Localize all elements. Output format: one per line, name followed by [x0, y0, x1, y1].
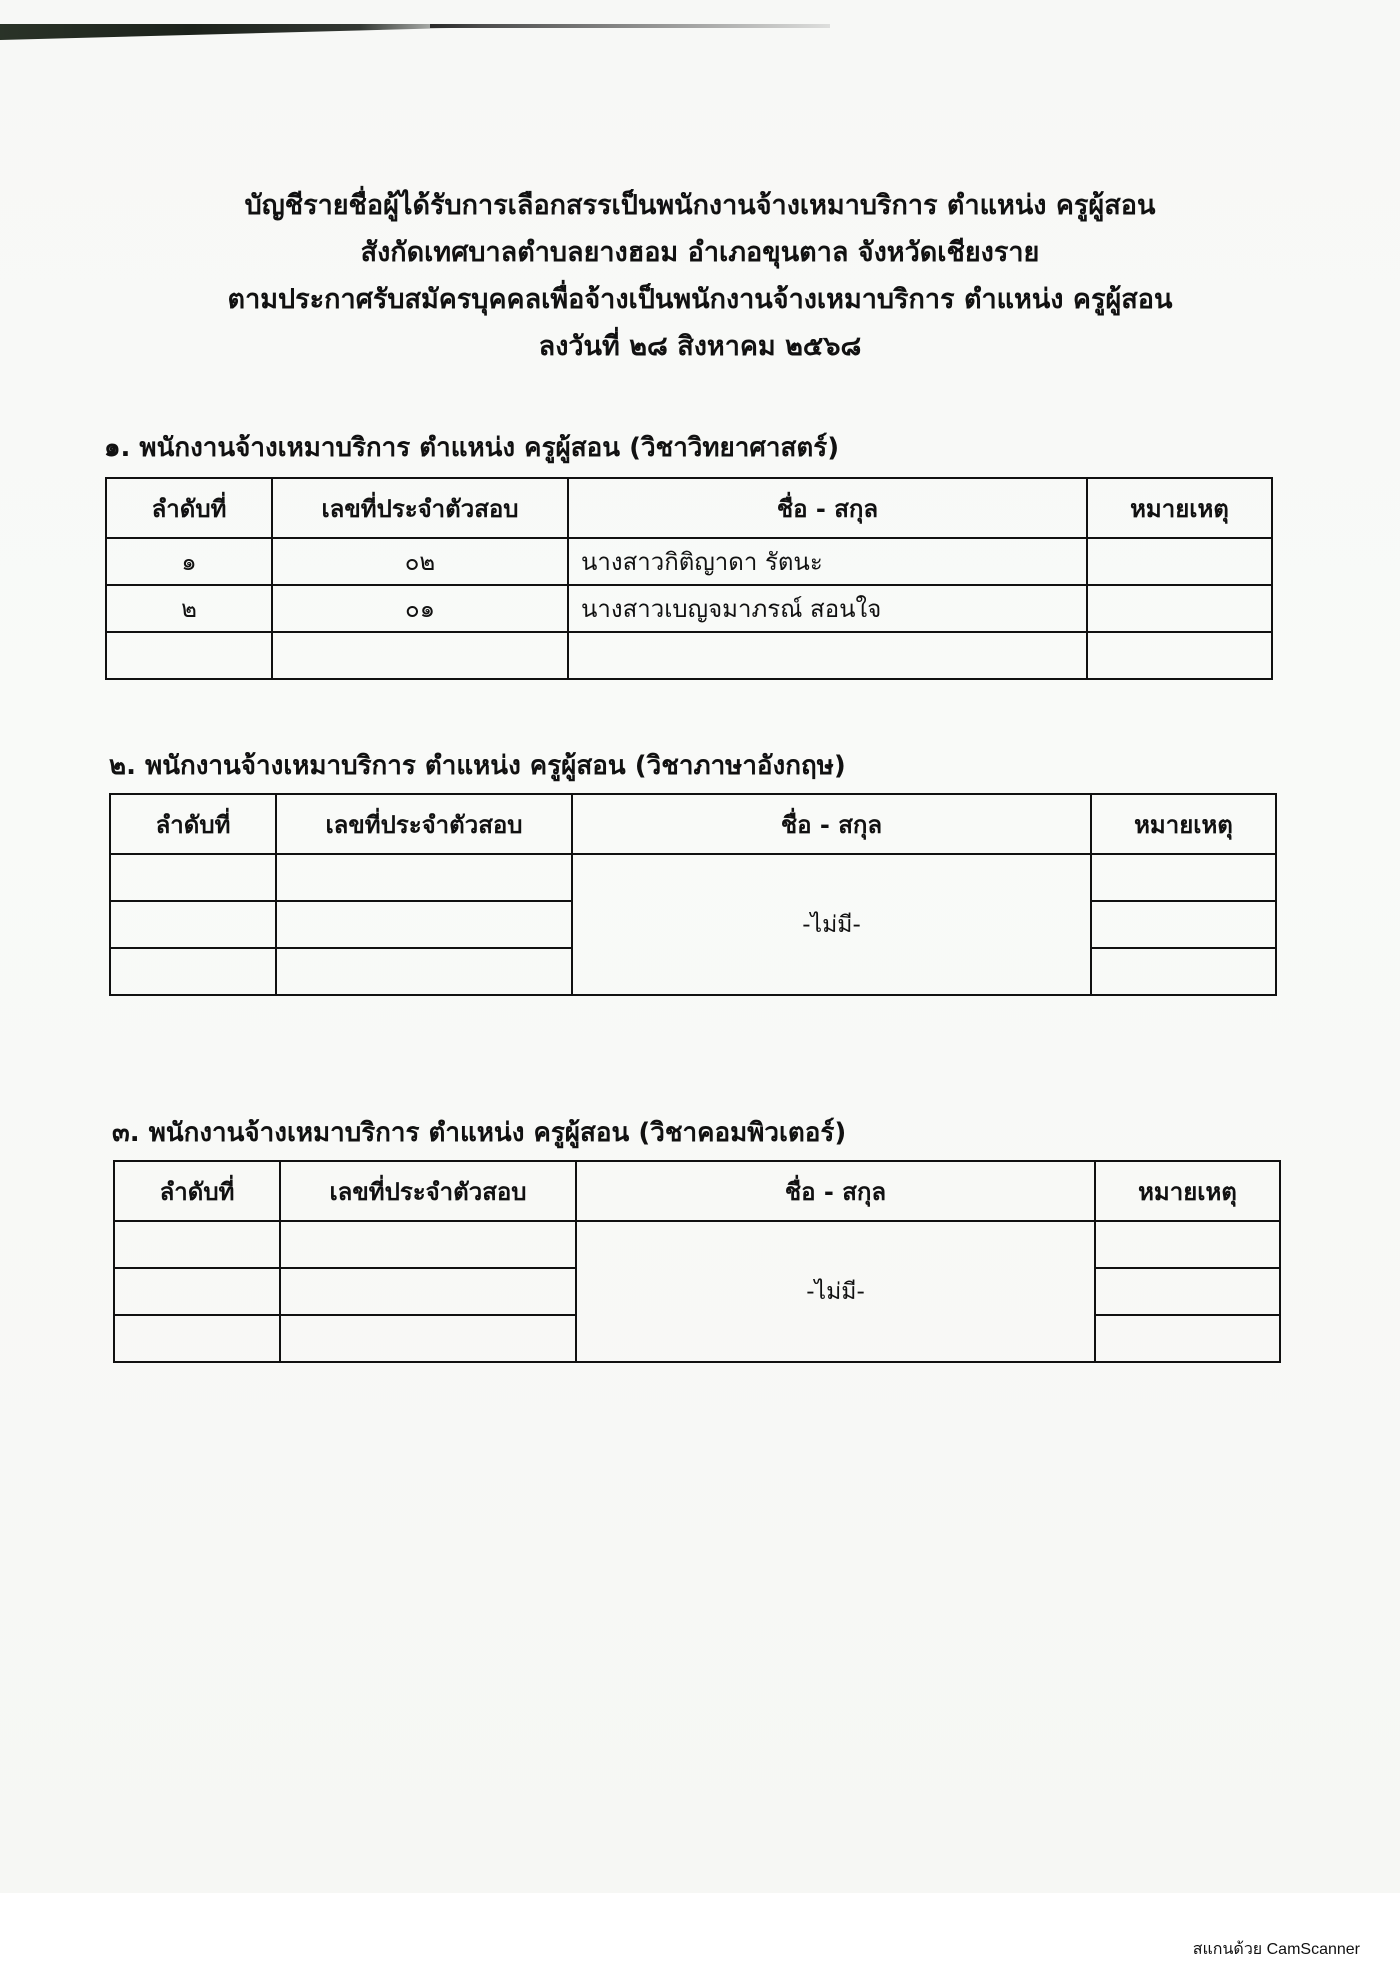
cell-note — [1095, 1268, 1280, 1315]
header-exam-id: เลขที่ประจำตัวสอบ — [272, 478, 568, 538]
results-table-science: ลำดับที่ เลขที่ประจำตัวสอบ ชื่อ - สกุล ห… — [105, 477, 1273, 680]
cell-note — [1087, 632, 1272, 679]
cell-note — [1091, 948, 1276, 995]
header-seq: ลำดับที่ — [114, 1161, 280, 1221]
title-line-2: สังกัดเทศบาลตำบลยางฮอม อำเภอขุนตาล จังหว… — [0, 229, 1400, 276]
cell-seq: ๒ — [106, 585, 272, 632]
table-header-row: ลำดับที่ เลขที่ประจำตัวสอบ ชื่อ - สกุล ห… — [114, 1161, 1280, 1221]
header-note: หมายเหตุ — [1095, 1161, 1280, 1221]
cell-exam-id — [280, 1268, 576, 1315]
section-heading-computer: ๓. พนักงานจ้างเหมาบริการ ตำแหน่ง ครูผู้ส… — [112, 1112, 846, 1153]
table-header-row: ลำดับที่ เลขที่ประจำตัวสอบ ชื่อ - สกุล ห… — [110, 794, 1276, 854]
cell-exam-id — [280, 1221, 576, 1268]
cell-exam-id: ๐๑ — [272, 585, 568, 632]
cell-exam-id — [276, 901, 572, 948]
cell-seq — [110, 854, 276, 901]
document-title: บัญชีรายชื่อผู้ได้รับการเลือกสรรเป็นพนัก… — [0, 182, 1400, 370]
section-heading-english: ๒. พนักงานจ้างเหมาบริการ ตำแหน่ง ครูผู้ส… — [109, 745, 846, 786]
camscanner-watermark: สแกนด้วย CamScanner — [1193, 1937, 1360, 1962]
cell-none-notice: -ไม่มี- — [576, 1221, 1095, 1362]
header-seq: ลำดับที่ — [106, 478, 272, 538]
cell-exam-id — [276, 948, 572, 995]
scan-edge-shadow-tail — [430, 24, 830, 28]
results-table-computer: ลำดับที่ เลขที่ประจำตัวสอบ ชื่อ - สกุล ห… — [113, 1160, 1281, 1363]
cell-note — [1095, 1221, 1280, 1268]
cell-seq — [110, 948, 276, 995]
header-exam-id: เลขที่ประจำตัวสอบ — [276, 794, 572, 854]
cell-seq — [114, 1315, 280, 1362]
table-row: ๑ ๐๒ นางสาวกิติญาดา รัตนะ — [106, 538, 1272, 585]
header-name: ชื่อ - สกุล — [572, 794, 1091, 854]
header-seq: ลำดับที่ — [110, 794, 276, 854]
header-note: หมายเหตุ — [1091, 794, 1276, 854]
cell-seq — [106, 632, 272, 679]
results-table-english: ลำดับที่ เลขที่ประจำตัวสอบ ชื่อ - สกุล ห… — [109, 793, 1277, 996]
title-line-3: ตามประกาศรับสมัครบุคคลเพื่อจ้างเป็นพนักง… — [0, 276, 1400, 323]
title-line-4-date: ลงวันที่ ๒๘ สิงหาคม ๒๕๖๘ — [0, 323, 1400, 370]
table-row: -ไม่มี- — [110, 854, 1276, 901]
cell-name — [568, 632, 1087, 679]
table-row — [106, 632, 1272, 679]
cell-note — [1091, 901, 1276, 948]
cell-none-notice: -ไม่มี- — [572, 854, 1091, 995]
scan-edge-shadow — [0, 24, 480, 40]
table-header-row: ลำดับที่ เลขที่ประจำตัวสอบ ชื่อ - สกุล ห… — [106, 478, 1272, 538]
header-note: หมายเหตุ — [1087, 478, 1272, 538]
cell-note — [1087, 585, 1272, 632]
cell-seq: ๑ — [106, 538, 272, 585]
cell-note — [1091, 854, 1276, 901]
header-name: ชื่อ - สกุล — [576, 1161, 1095, 1221]
cell-seq — [114, 1268, 280, 1315]
cell-exam-id: ๐๒ — [272, 538, 568, 585]
header-name: ชื่อ - สกุล — [568, 478, 1087, 538]
cell-seq — [110, 901, 276, 948]
cell-exam-id — [276, 854, 572, 901]
cell-exam-id — [272, 632, 568, 679]
header-exam-id: เลขที่ประจำตัวสอบ — [280, 1161, 576, 1221]
cell-name: นางสาวเบญจมาภรณ์ สอนใจ — [568, 585, 1087, 632]
cell-note — [1095, 1315, 1280, 1362]
cell-name: นางสาวกิติญาดา รัตนะ — [568, 538, 1087, 585]
scanned-page: บัญชีรายชื่อผู้ได้รับการเลือกสรรเป็นพนัก… — [0, 0, 1400, 1893]
section-heading-science: ๑. พนักงานจ้างเหมาบริการ ตำแหน่ง ครูผู้ส… — [104, 427, 839, 468]
cell-note — [1087, 538, 1272, 585]
table-row: -ไม่มี- — [114, 1221, 1280, 1268]
title-line-1: บัญชีรายชื่อผู้ได้รับการเลือกสรรเป็นพนัก… — [0, 182, 1400, 229]
cell-seq — [114, 1221, 280, 1268]
cell-exam-id — [280, 1315, 576, 1362]
table-row: ๒ ๐๑ นางสาวเบญจมาภรณ์ สอนใจ — [106, 585, 1272, 632]
